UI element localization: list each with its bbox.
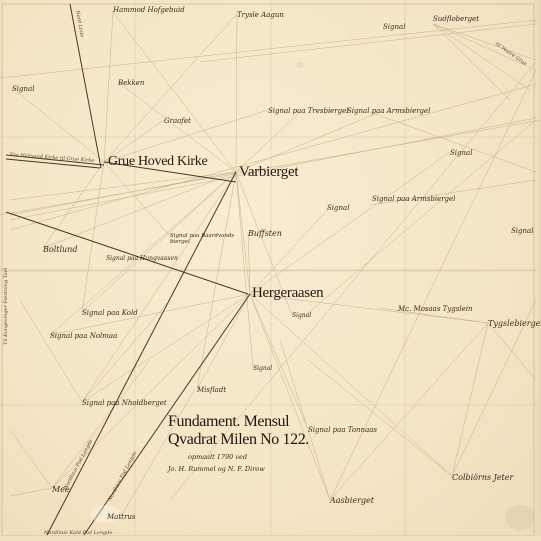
station-label: Buffsten <box>248 230 282 238</box>
station-label: Signal <box>450 150 472 157</box>
station-label: Mc. Mosaas Tygslein <box>398 306 473 313</box>
station-label: Aasbierget <box>330 497 374 505</box>
map-surveyors: Jo. H. Rummel og N. F. Dirow <box>168 465 309 473</box>
station-label: Signal paa Nolmaa <box>50 333 117 340</box>
paper-edge-bottom <box>0 536 541 541</box>
station-label: Signal paa Hungvaasen <box>106 256 178 262</box>
major-station-grue-kirke: Grue Hoved Kirke <box>108 155 207 169</box>
paper-wear <box>505 505 535 530</box>
station-label: Bekken <box>118 80 144 87</box>
major-station-hergeraasen: Hergeraasen <box>252 286 323 301</box>
station-label: Signal <box>12 86 34 93</box>
station-label: Signal <box>383 24 405 31</box>
station-label: Hammod Hofgebuid <box>113 7 185 14</box>
station-label: Signal <box>327 205 349 212</box>
survey-map: Grue Hoved Kirke Varbierget Hergeraasen … <box>0 0 541 541</box>
station-label: Signal paa Baardvands biergel <box>170 234 240 245</box>
map-title-line1: Fundament. Mensul <box>168 413 309 431</box>
station-label: Misfladt <box>197 387 226 394</box>
baseline-note: Nordlinie Kold Fod Lengde <box>44 531 112 536</box>
station-label: Signal paa Tresbiergel <box>268 108 349 115</box>
map-survey-date: opmaalt 1790 ved <box>168 453 309 461</box>
station-label: Signal <box>253 366 272 372</box>
station-label: Graafet <box>164 118 191 125</box>
station-label: Tygslebiergel <box>488 320 541 328</box>
major-station-varbierget: Varbierget <box>239 165 298 180</box>
station-label: Signal <box>511 228 533 235</box>
station-label: Signal paa Kold <box>82 310 138 317</box>
station-label: Boltlund <box>43 246 77 254</box>
margin-note: Til Kongsvinger Fæstning Tael <box>4 268 9 345</box>
station-label: Signal <box>292 313 311 319</box>
station-label: Signal paa Armsbiergel <box>347 108 430 115</box>
station-label: Trysle Aagun <box>237 12 284 19</box>
station-label: Signal paa Tonnaas <box>308 427 377 434</box>
station-label: Sudfloberget <box>433 16 479 23</box>
map-title-block: Fundament. Mensul Qvadrat Milen No 122. … <box>168 413 309 473</box>
station-label: Mattrus <box>107 514 135 521</box>
station-label: Signal paa Armsbiergel <box>372 196 455 203</box>
paper-edge-right <box>535 0 541 541</box>
station-label: Signal paa Nholdberget <box>82 400 167 407</box>
station-label: Colbiörns Jeter <box>452 474 513 482</box>
paper-stain <box>296 62 304 68</box>
map-title-line2: Qvadrat Milen No 122. <box>168 431 309 449</box>
